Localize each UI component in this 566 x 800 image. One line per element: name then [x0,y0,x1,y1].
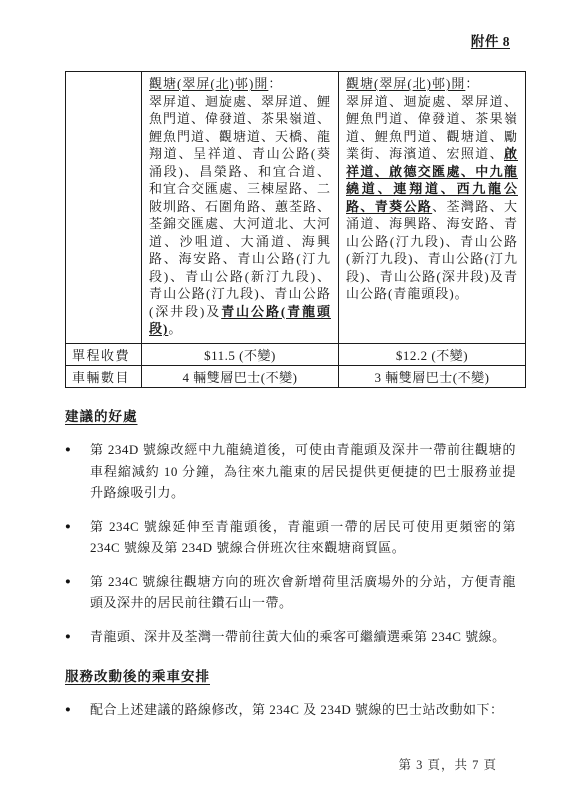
vehicles-row: 車輛數目 4 輛雙層巴士(不變) 3 輛雙層巴士(不變) [66,366,526,388]
route-cell-left: 觀塘(翠屏(北)邨)開： 翠屏道、迴旋處、翠屏道、鯉魚門道、偉發道、茶果嶺道、鯉… [142,72,339,344]
fare-value-left: $11.5 (不變) [142,344,339,366]
bullet-text: 第 234D 號線改經中九龍繞道後，可使由青龍頭及深井一帶前往觀塘的車程縮減約 … [90,439,516,504]
bullet-item: ● 配合上述建議的路線修改，第 234C 及 234D 號線的巴士站改動如下： [65,699,525,721]
fare-row-label: 單程收費 [66,344,142,366]
bullet-icon: ● [65,439,90,455]
arrangements-bullet-list: ● 配合上述建議的路線修改，第 234C 及 234D 號線的巴士站改動如下： [65,699,525,721]
route-pre-right: 翠屏道、迴旋處、翠屏道、鯉魚門道、偉發道、茶果嶺道、鯉魚門道、觀塘道、勵業街、海… [346,94,518,162]
route-post-left: 。 [168,321,182,336]
annex-label-text: 附件 8 [471,34,510,49]
route-header-colon-right: ： [465,76,479,91]
route-description-row: 觀塘(翠屏(北)邨)開： 翠屏道、迴旋處、翠屏道、鯉魚門道、偉發道、茶果嶺道、鯉… [66,72,526,344]
vehicles-value-left: 4 輛雙層巴士(不變) [142,366,339,388]
vehicles-row-label: 車輛數目 [66,366,142,388]
bullet-icon: ● [65,626,90,642]
route-comparison-table: 觀塘(翠屏(北)邨)開： 翠屏道、迴旋處、翠屏道、鯉魚門道、偉發道、茶果嶺道、鯉… [65,71,526,388]
benefits-heading: 建議的好處 [65,405,525,425]
bullet-item: ● 第 234C 號線延伸至青龍頭後，青龍頭一帶的居民可使用更頻密的第 234C… [65,516,525,559]
arrangements-heading: 服務改動後的乘車安排 [65,665,525,685]
route-pre-left: 翠屏道、迴旋處、翠屏道、鯉魚門道、偉發道、茶果嶺道、鯉魚門道、觀塘道、天橋、龍翔… [149,94,331,319]
route-header-right: 觀塘(翠屏(北)邨)開 [346,76,465,91]
route-text-left: 觀塘(翠屏(北)邨)開： 翠屏道、迴旋處、翠屏道、鯉魚門道、偉發道、茶果嶺道、鯉… [149,75,331,338]
page-footer: 第 3 頁，共 7 頁 [398,755,497,773]
bullet-text: 配合上述建議的路線修改，第 234C 及 234D 號線的巴士站改動如下： [90,699,516,721]
bullet-item: ● 第 234C 號線往觀塘方向的班次會新增荷里活廣場外的分站，方便青龍頭及深井… [65,571,525,614]
annex-label: 附件 8 [65,30,510,50]
route-text-right: 觀塘(翠屏(北)邨)開： 翠屏道、迴旋處、翠屏道、鯉魚門道、偉發道、茶果嶺道、鯉… [346,75,518,303]
bullet-text: 青龍頭、深井及荃灣一帶前往黃大仙的乘客可繼續選乘第 234C 號線。 [90,626,516,648]
bullet-item: ● 青龍頭、深井及荃灣一帶前往黃大仙的乘客可繼續選乘第 234C 號線。 [65,626,525,648]
bullet-icon: ● [65,571,90,587]
bullet-icon: ● [65,699,90,715]
bullet-icon: ● [65,516,90,532]
bullet-text: 第 234C 號線往觀塘方向的班次會新增荷里活廣場外的分站，方便青龍頭及深井的居… [90,571,516,614]
route-cell-right: 觀塘(翠屏(北)邨)開： 翠屏道、迴旋處、翠屏道、鯉魚門道、偉發道、茶果嶺道、鯉… [339,72,526,344]
bullet-text: 第 234C 號線延伸至青龍頭後，青龍頭一帶的居民可使用更頻密的第 234C 號… [90,516,516,559]
fare-row: 單程收費 $11.5 (不變) $12.2 (不變) [66,344,526,366]
route-header-left: 觀塘(翠屏(北)邨)開 [149,76,268,91]
benefits-bullet-list: ● 第 234D 號線改經中九龍繞道後，可使由青龍頭及深井一帶前往觀塘的車程縮減… [65,439,525,647]
table-corner-cell [66,72,142,344]
vehicles-value-right: 3 輛雙層巴士(不變) [339,366,526,388]
fare-value-right: $12.2 (不變) [339,344,526,366]
document-page: 附件 8 觀塘(翠屏(北)邨)開： 翠屏道、迴旋處、翠屏道、鯉魚門道、偉發道、茶… [0,0,566,800]
route-header-colon-left: ： [268,76,282,91]
bullet-item: ● 第 234D 號線改經中九龍繞道後，可使由青龍頭及深井一帶前往觀塘的車程縮減… [65,439,525,504]
